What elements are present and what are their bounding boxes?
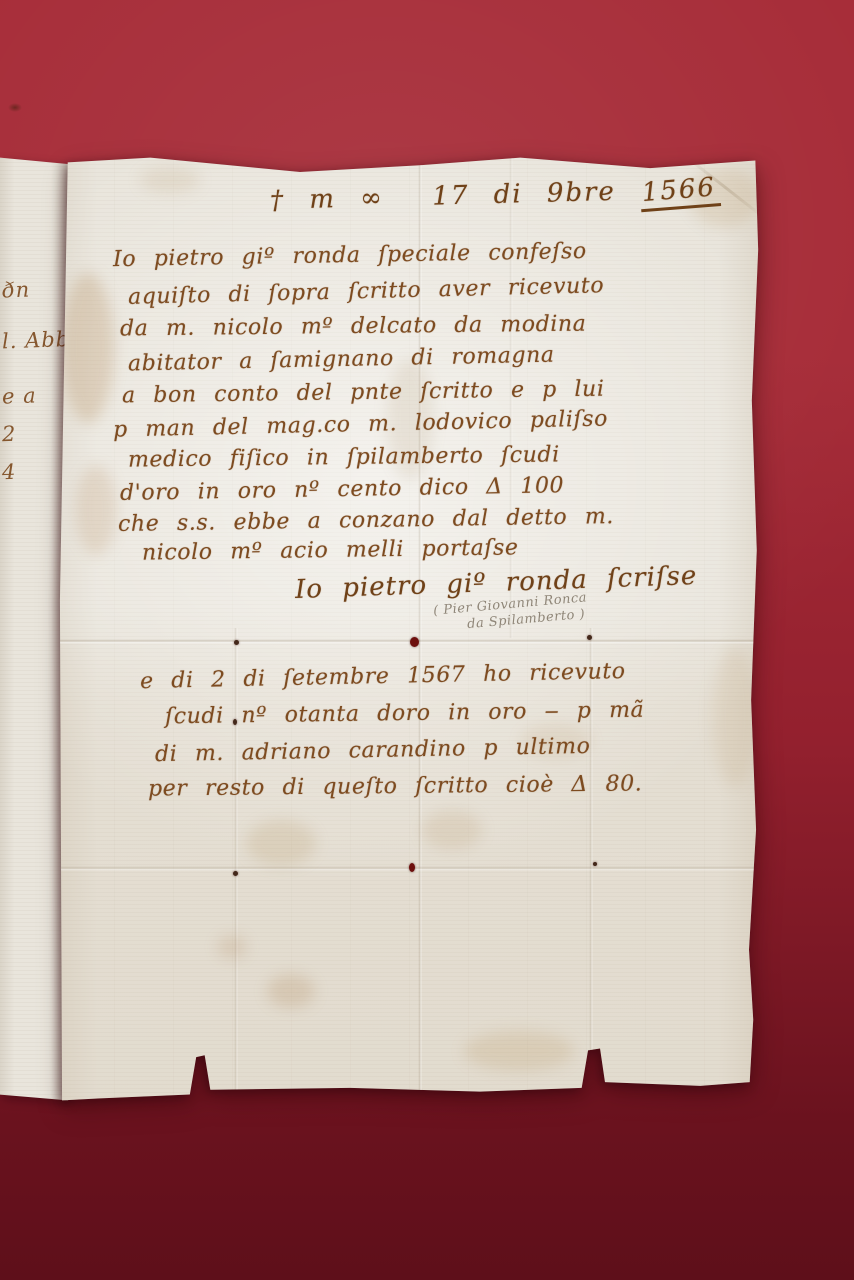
heading-year: 1566 (639, 172, 722, 212)
stain (62, 273, 114, 423)
body-line: nicolo mº acio melli portaſse (142, 535, 519, 565)
pin-hole (233, 871, 238, 876)
stain (422, 810, 482, 850)
postscript-line: ſcudi nº otanta doro in oro ‒ p mã (165, 698, 645, 730)
stain (140, 167, 200, 193)
heading-date-line: † m ∞ 17 di 9bre 1566 (270, 174, 721, 220)
stain (464, 1031, 574, 1071)
postscript-line: per resto di queſto ſcritto cioè Δ 80. (148, 771, 643, 801)
stain (267, 974, 315, 1008)
heading-date: 17 di 9bre (432, 177, 616, 212)
pin-hole (234, 640, 239, 645)
body-line: da m. nicolo mº delcato da modina (120, 312, 587, 342)
body-line: Io pietro giº ronda ſpeciale confeſso (113, 239, 587, 272)
paper-sheet: † m ∞ 17 di 9bre 1566 Io pietro giº rond… (55, 148, 761, 1108)
photo-stage: ðn l. Abba e a 2 4 (0, 0, 854, 1280)
body-line: a bon conto del pnte ſcritto e p lui (122, 377, 605, 409)
fold-crease-vertical (234, 628, 238, 1098)
invocation-mark: † m ∞ (270, 183, 385, 216)
margin-fragment: ðn (2, 278, 31, 303)
wax-hole (410, 637, 419, 647)
body-line: d'oro in oro nº cento dico Δ 100 (120, 473, 565, 506)
stain (217, 935, 247, 959)
stain (246, 820, 316, 866)
manuscript-paper: † m ∞ 17 di 9bre 1566 Io pietro giº rond… (55, 148, 761, 1108)
postscript-line: di m. adriano carandino p ultimo (155, 734, 591, 767)
body-line: p man del mag.co m. lodovico paliſso (113, 406, 608, 442)
fold-crease-horizontal (55, 639, 761, 644)
backdrop-blemish (8, 103, 22, 112)
body-line: aquiſto di ſopra ſcritto aver ricevuto (128, 273, 605, 310)
body-line: abitator a ſamignano di romagna (128, 343, 555, 377)
margin-fragment: e a (2, 383, 37, 408)
stain (712, 647, 758, 787)
body-line: medico fiſico in ſpilamberto ſcudi (128, 442, 560, 472)
postscript-line: e di 2 di ſetembre 1567 ho ricevuto (140, 659, 626, 694)
margin-fragment: 4 (2, 460, 17, 484)
margin-fragment: 2 (2, 422, 17, 446)
body-line: che s.s. ebbe a conzano dal detto m. (118, 504, 614, 537)
wax-hole (409, 863, 415, 872)
stain (76, 465, 116, 555)
